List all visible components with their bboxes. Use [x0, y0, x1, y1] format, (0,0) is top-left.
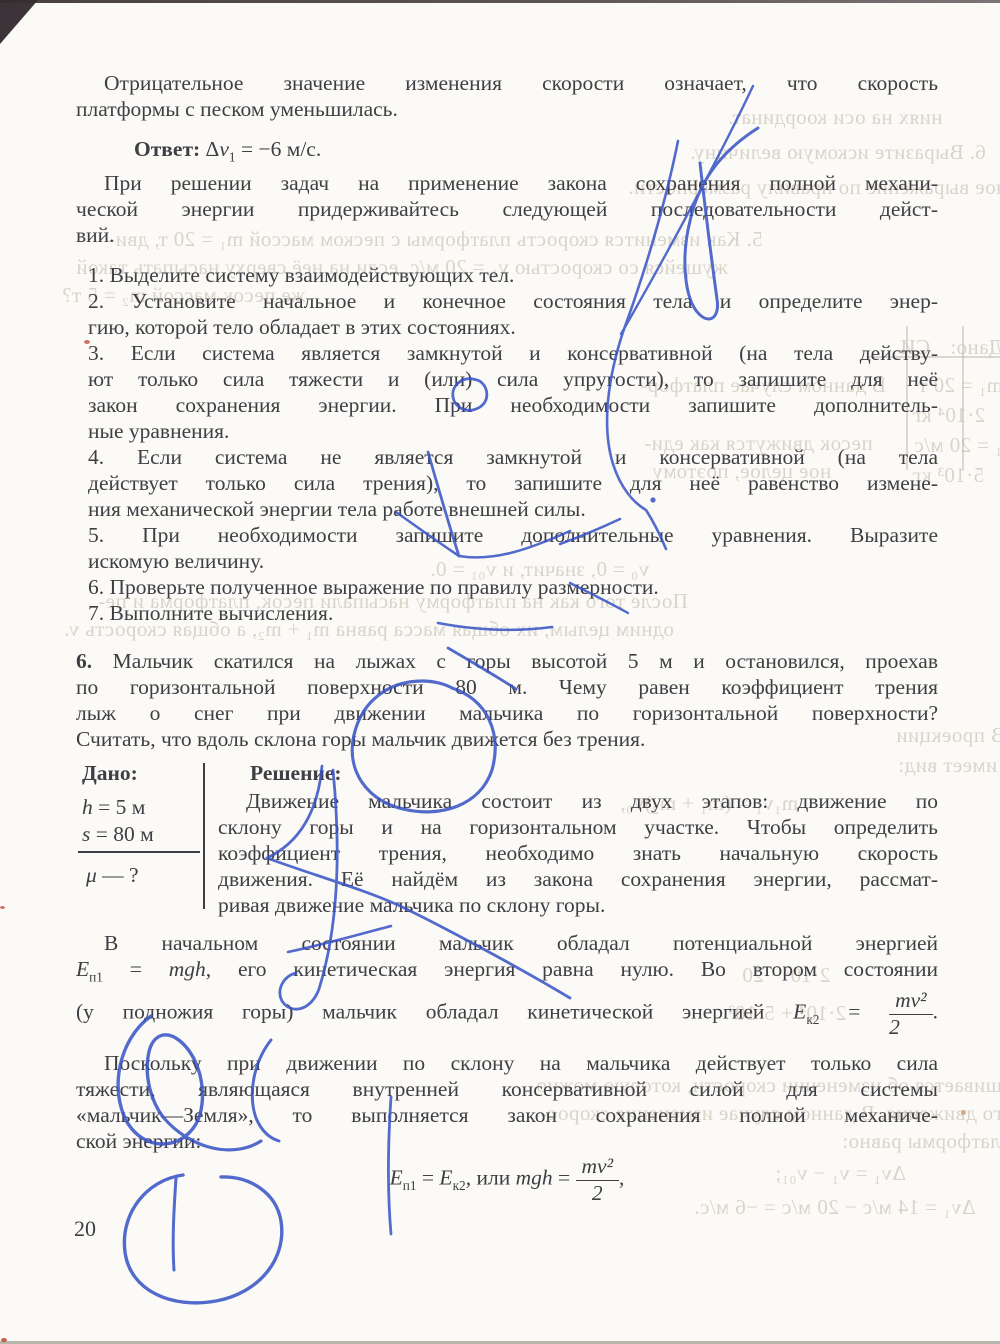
answer-line: Ответ: Δv1 = −6 м/с.	[134, 136, 321, 170]
text-line: При решении задач на применение закона с…	[76, 170, 938, 196]
energy-line-2: Eп1 = mgh, его кинетическая энергия равн…	[76, 956, 938, 990]
text-line: коэффициент трения, необходимо знать нач…	[218, 840, 938, 866]
delta-symbol: Δ	[206, 137, 220, 161]
variable-h: h	[82, 795, 93, 819]
text-line: движения. Её найдём из закона сохранения…	[218, 866, 938, 892]
problem-number: 6.	[76, 649, 92, 673]
subscript: к2	[453, 1178, 466, 1193]
procedure-step: 5. При необходимости запишите дополнител…	[88, 522, 938, 574]
procedure-step: 1. Выделите систему взаимодействующих те…	[88, 262, 938, 288]
given-rule	[78, 851, 200, 853]
text-line: Поскольку при движении по склону на маль…	[76, 1050, 938, 1076]
procedure-intro: При решении задач на применение закона с…	[76, 170, 938, 248]
text-line: ской энергии:	[76, 1128, 938, 1154]
procedure-step: 6. Проверьте полученное выражение по пра…	[88, 574, 938, 600]
problem-statement: 6. Мальчик скатился на лыжах с горы высо…	[76, 648, 938, 752]
text-line: 5. При необходимости запишите дополнител…	[88, 522, 938, 548]
text-line: Движение мальчика состоит из двух этапов…	[218, 788, 938, 814]
text-line: 1. Выделите систему взаимодействующих те…	[88, 262, 938, 288]
scanned-textbook-page: ниях на оси координат.6. Выразите искому…	[0, 0, 1000, 1344]
text-line: 7. Выполните вычисления.	[88, 600, 938, 626]
orange-speck	[961, 1110, 966, 1115]
text-line: платформы с песком уменьшилась.	[76, 96, 938, 122]
scan-corner-shadow	[0, 0, 38, 44]
procedure-steps: 1. Выделите систему взаимодействующих те…	[88, 262, 938, 626]
solution-label: Решение:	[250, 760, 342, 786]
procedure-step: 7. Выполните вычисления.	[88, 600, 938, 626]
text-line: 3. Если система является замкнутой и кон…	[88, 340, 938, 366]
given-find: μ — ?	[86, 862, 139, 888]
bleedthrough-text: 6. Выразите искомую величину.	[690, 139, 986, 165]
given-label: Дано:	[82, 760, 138, 786]
page-number: 20	[74, 1216, 96, 1242]
find-question: — ?	[97, 863, 139, 887]
procedure-step: 3. Если система является замкнутой и кон…	[88, 340, 938, 444]
problem-first-line: 6. Мальчик скатился на лыжах с горы высо…	[76, 648, 938, 674]
text-line: лыж о снег при движении мальчика по гори…	[76, 700, 938, 726]
text-line: вий.	[76, 222, 938, 248]
subscript: к2	[806, 1012, 819, 1027]
answer-label: Ответ:	[134, 137, 200, 161]
red-speck	[1, 1338, 7, 1342]
text-line: 4. Если система не является замкнутой и …	[88, 444, 938, 470]
mgh-expression: mgh	[169, 957, 206, 981]
given-item-h: h = 5 м	[82, 794, 145, 820]
text-line: по горизонтальной поверхности 80 м. Чему…	[76, 674, 938, 700]
conservation-paragraph: Поскольку при движении по склону на маль…	[76, 1050, 938, 1154]
intro-paragraph: Отрицательное значение изменения скорост…	[76, 70, 938, 122]
fraction-mv2-over-2: mv²2	[576, 1154, 620, 1205]
problem-text-lines: по горизонтальной поверхности 80 м. Чему…	[76, 674, 938, 752]
answer-number: = −6 м/с.	[236, 137, 322, 161]
text-line: ческой энергии придерживайтесь следующей…	[76, 196, 938, 222]
text-line: закон сохранения энергии. При необходимо…	[88, 392, 938, 418]
text-line: гию, которой тело обладает в этих состоя…	[88, 314, 938, 340]
E-symbol: E	[76, 957, 89, 981]
kinetic-energy-line: (у подножия горы) мальчик обладал кинети…	[76, 988, 938, 1039]
text-line: ные уравнения.	[88, 418, 938, 444]
text-line: ют только сила тяжести и (или) сила упру…	[88, 366, 938, 392]
solution-paragraph-1: Движение мальчика состоит из двух этапов…	[218, 788, 938, 918]
value-s: = 80 м	[90, 822, 153, 846]
given-item-s: s = 80 м	[82, 821, 154, 847]
text-line: искомую величину.	[88, 548, 938, 574]
bleedthrough-text: имеет вид:	[898, 752, 997, 778]
mgh-expression: mgh	[516, 1166, 553, 1190]
fraction-mv2-over-2: mv²2	[889, 988, 933, 1039]
given-divider	[203, 763, 205, 909]
subscript: 1	[229, 149, 236, 164]
text-line: ривая движение мальчика по склону горы.	[218, 892, 938, 918]
answer-value: Δv1 = −6 м/с.	[206, 137, 322, 161]
energy-line-1: В начальном состоянии мальчик обладал по…	[76, 930, 938, 956]
text-line: «мальчик—Земля», то выполняется закон со…	[76, 1102, 938, 1128]
main-formula: Eп1 = Eк2, или mgh = mv²2,	[76, 1154, 938, 1205]
text-line: Считать, что вдоль склона горы мальчик д…	[76, 726, 938, 752]
velocity-symbol: v	[219, 137, 229, 161]
procedure-step: 4. Если система не является замкнутой и …	[88, 444, 938, 522]
E-symbol: E	[793, 1000, 806, 1024]
E-symbol: E	[439, 1166, 452, 1190]
text-line: 6. Проверьте полученное выражение по пра…	[88, 574, 938, 600]
text-line: 2. Установите начальное и конечное состо…	[88, 288, 938, 314]
subscript: п1	[89, 969, 103, 984]
energy-paragraph: В начальном состоянии мальчик обладал по…	[76, 930, 938, 990]
scan-top-edge	[0, 0, 1000, 3]
value-h: = 5 м	[93, 795, 146, 819]
text-line: действует только сила трения), то запиши…	[88, 470, 938, 496]
text-line: тяжести, являющаяся внутренней консерват…	[76, 1076, 938, 1102]
E-symbol: E	[390, 1166, 403, 1190]
red-speck	[0, 906, 5, 909]
variable-mu: μ	[86, 863, 97, 887]
bleedthrough-text: Дано:	[950, 334, 1000, 360]
problem-text: Мальчик скатился на лыжах с горы высотой…	[113, 649, 938, 673]
text-line: склону горы и на горизонтальном участке.…	[218, 814, 938, 840]
procedure-step: 2. Установите начальное и конечное состо…	[88, 288, 938, 340]
text-line: Отрицательное значение изменения скорост…	[76, 70, 938, 96]
subscript: п1	[403, 1178, 417, 1193]
red-speck	[84, 340, 90, 344]
text-line: ния механической энергии тела работе вне…	[88, 496, 938, 522]
